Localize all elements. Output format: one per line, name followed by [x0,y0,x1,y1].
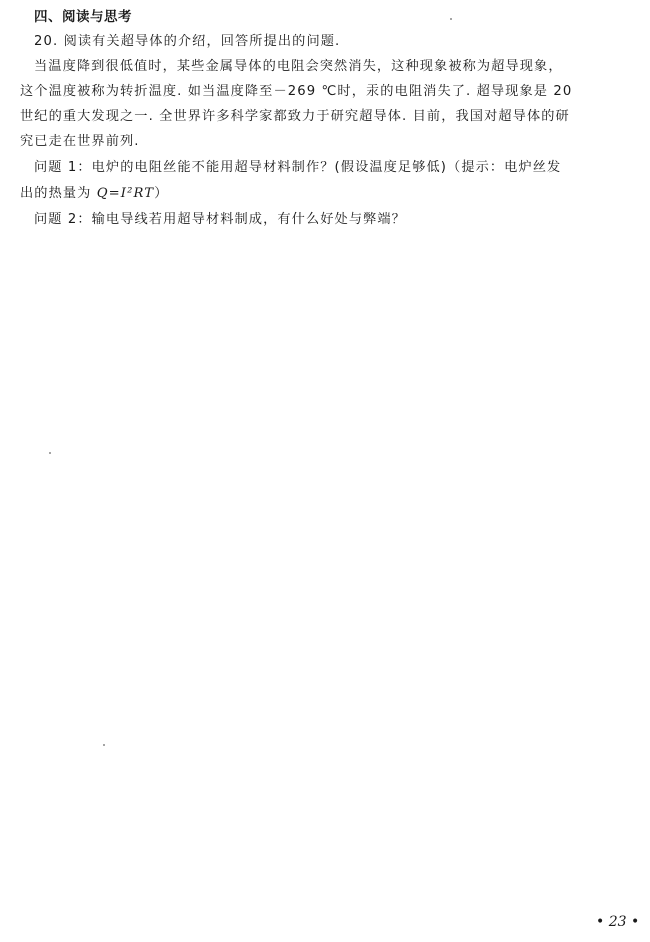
question-1-prefix: 出的热量为 [20,186,97,201]
document-page: 四、阅读与思考 20. 阅读有关超导体的介绍，回答所提出的问题. 当温度降到很低… [0,0,650,942]
question-intro: 20. 阅读有关超导体的介绍，回答所提出的问题. [34,30,340,49]
paragraph-line-4: 究已走在世界前列. [20,130,140,149]
paragraph-line-3: 世纪的重大发现之一. 全世界许多科学家都致力于研究超导体. 目前，我国对超导体的… [20,105,570,124]
section-title: 四、阅读与思考 [34,5,132,25]
heat-formula: Q=I²RT [97,186,154,201]
scan-speck [450,18,452,20]
paragraph-line-2: 这个温度被称为转折温度. 如当温度降至－269 ℃时，汞的电阻消失了. 超导现象… [20,80,572,99]
question-2: 问题 2：输电导线若用超导材料制成，有什么好处与弊端？ [34,208,406,227]
paragraph-line-1: 当温度降到很低值时，某些金属导体的电阻会突然消失，这种现象被称为超导现象， [34,55,563,74]
question-1-suffix: ） [154,186,168,201]
question-1-line-1: 问题 1：电炉的电阻丝能不能用超导材料制作？(假设温度足够低)（提示：电炉丝发 [34,156,561,175]
page-number: • 23 • [596,914,639,930]
question-1-line-2: 出的热量为 Q=I²RT） [20,182,168,201]
scan-speck [49,452,51,454]
scan-speck [103,744,105,746]
